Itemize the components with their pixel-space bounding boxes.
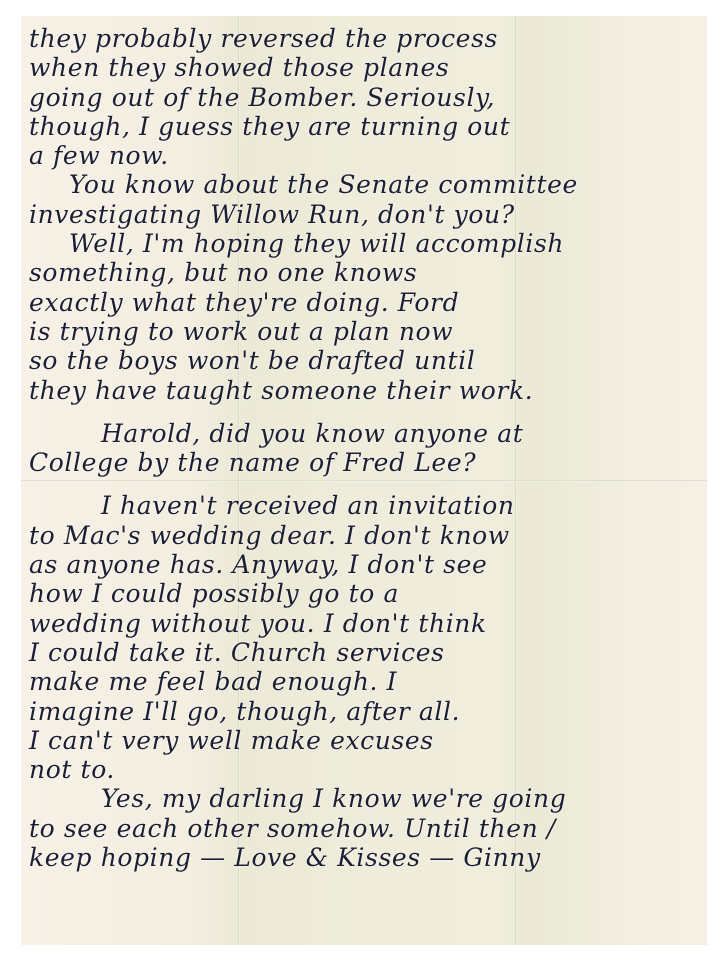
paragraph: I haven't received an invitation to Mac'… — [29, 491, 705, 784]
paragraph: You know about the Senate committee inve… — [29, 170, 705, 229]
text-line: going out of the Bomber. Seriously, — [29, 83, 705, 112]
text-line: exactly what they're doing. Ford — [29, 288, 705, 317]
text-line: I can't very well make excuses — [29, 726, 705, 755]
paragraph: they probably reversed the process when … — [29, 24, 705, 170]
text-line: so the boys won't be drafted until — [29, 346, 705, 375]
text-line: Harold, did you know anyone at — [29, 419, 705, 448]
text-line: something, but no one knows — [29, 258, 705, 287]
text-line: not to. — [29, 755, 705, 784]
letter-body: they probably reversed the process when … — [29, 24, 705, 872]
text-line: make me feel bad enough. I — [29, 667, 705, 696]
text-line: You know about the Senate committee — [29, 170, 705, 199]
text-line: wedding without you. I don't think — [29, 609, 705, 638]
paragraph: Well, I'm hoping they will accomplish so… — [29, 229, 705, 405]
paragraph-gap — [29, 477, 705, 491]
text-line: a few now. — [29, 141, 705, 170]
text-line: I could take it. Church services — [29, 638, 705, 667]
text-line: College by the name of Fred Lee? — [29, 448, 705, 477]
text-line: how I could possibly go to a — [29, 579, 705, 608]
letter-paper: they probably reversed the process when … — [21, 16, 707, 945]
paragraph-gap — [29, 405, 705, 419]
text-line: they have taught someone their work. — [29, 376, 705, 405]
text-line: as anyone has. Anyway, I don't see — [29, 550, 705, 579]
paragraph: Yes, my darling I know we're going to se… — [29, 784, 705, 872]
text-line: I haven't received an invitation — [29, 491, 705, 520]
text-line: is trying to work out a plan now — [29, 317, 705, 346]
text-line: Yes, my darling I know we're going — [29, 784, 705, 813]
text-line: when they showed those planes — [29, 53, 705, 82]
text-line: they probably reversed the process — [29, 24, 705, 53]
text-line: imagine I'll go, though, after all. — [29, 697, 705, 726]
paragraph: Harold, did you know anyone at College b… — [29, 419, 705, 478]
text-line: to Mac's wedding dear. I don't know — [29, 521, 705, 550]
text-line: to see each other somehow. Until then / — [29, 814, 705, 843]
text-line: investigating Willow Run, don't you? — [29, 200, 705, 229]
text-line: Well, I'm hoping they will accomplish — [29, 229, 705, 258]
closing-signature-line: keep hoping — Love & Kisses — Ginny — [29, 843, 705, 872]
text-line: though, I guess they are turning out — [29, 112, 705, 141]
